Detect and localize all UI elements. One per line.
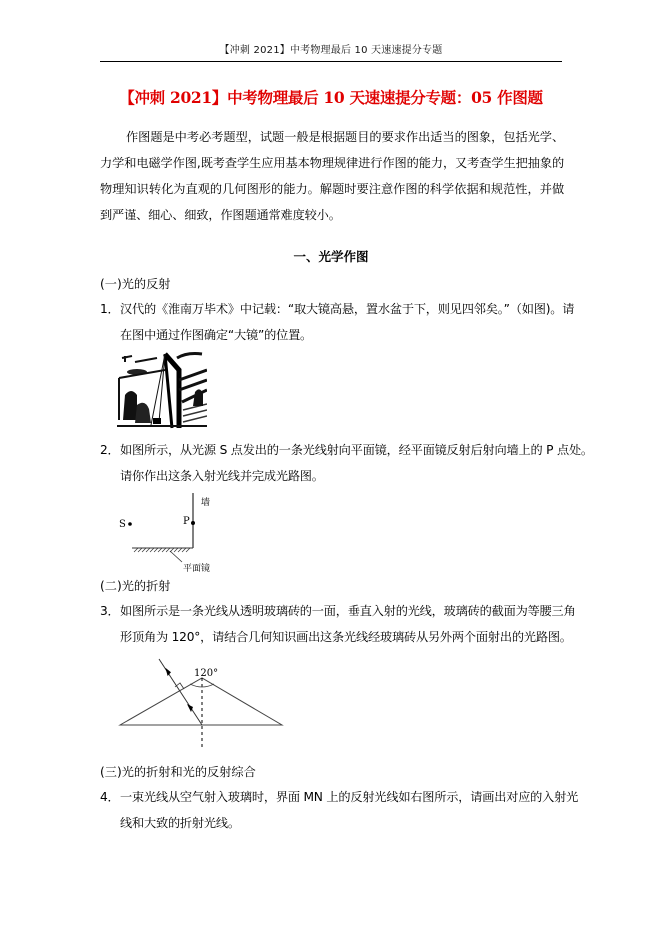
question-text: 汉代的《淮南万毕术》中记载：“取大镜高悬，置水盆于下，则见四邻矣。”（如图)。请	[120, 302, 574, 316]
question-text: 形顶角为 120°，请结合几何知识画出这条光线经玻璃砖从另外两个面射出的光路图。	[100, 624, 564, 650]
question-text: 如图所示，从光源 S 点发出的一条光线射向平面镜，经平面镜反射后射向墙上的 P …	[120, 443, 593, 457]
apex-angle-label: 120°	[194, 668, 218, 679]
ancient-woodcut-figure	[117, 350, 207, 430]
question-1: 1．汉代的《淮南万毕术》中记载：“取大镜高悬，置水盆于下，则见四邻矣。”（如图)…	[100, 296, 564, 348]
subsection-reflection: (一)光的反射	[100, 275, 170, 293]
question-number: 4．	[100, 784, 120, 810]
mirror-wall-figure: S P 墙 平面镜	[110, 485, 240, 575]
point-p	[191, 521, 195, 525]
question-4: 4．一束光线从空气射入玻璃时，界面 MN 上的反射光线如右图所示，请画出对应的入…	[100, 784, 564, 836]
glass-prism-figure: 120°	[110, 650, 310, 760]
section-heading: 一、光学作图	[100, 248, 562, 266]
running-header: 【冲刺 2021】中考物理最后 10 天速速提分专题	[100, 44, 562, 58]
label-p: P	[183, 516, 190, 527]
subsection-combined: (三)光的折射和光的反射综合	[100, 763, 256, 781]
question-number: 3．	[100, 598, 120, 624]
header-divider	[100, 61, 562, 62]
label-wall: 墙	[201, 496, 210, 508]
source-point-s	[128, 522, 132, 526]
document-title: 【冲刺 2021】中考物理最后 10 天速速提分专题：05 作图题	[100, 88, 562, 108]
question-text: 线和大致的折射光线。	[100, 810, 564, 836]
label-mirror: 平面镜	[183, 562, 210, 574]
question-text: 一束光线从空气射入玻璃时，界面 MN 上的反射光线如右图所示，请画出对应的入射光	[120, 790, 578, 804]
question-text: 如图所示是一条光线从透明玻璃砖的一面，垂直入射的光线，玻璃砖的截面为等腰三角	[120, 604, 576, 618]
question-3: 3．如图所示是一条光线从透明玻璃砖的一面，垂直入射的光线，玻璃砖的截面为等腰三角…	[100, 598, 564, 650]
subsection-refraction: (二)光的折射	[100, 577, 170, 595]
question-2: 2．如图所示，从光源 S 点发出的一条光线射向平面镜，经平面镜反射后射向墙上的 …	[100, 437, 564, 489]
question-number: 1．	[100, 296, 120, 322]
question-text: 在图中通过作图确定“大镜”的位置。	[100, 322, 564, 348]
question-number: 2．	[100, 437, 120, 463]
intro-paragraph: 作图题是中考必考题型，试题一般是根据题目的要求作出适当的图象，包括光学、力学和电…	[100, 124, 564, 228]
label-s: S	[119, 519, 126, 530]
